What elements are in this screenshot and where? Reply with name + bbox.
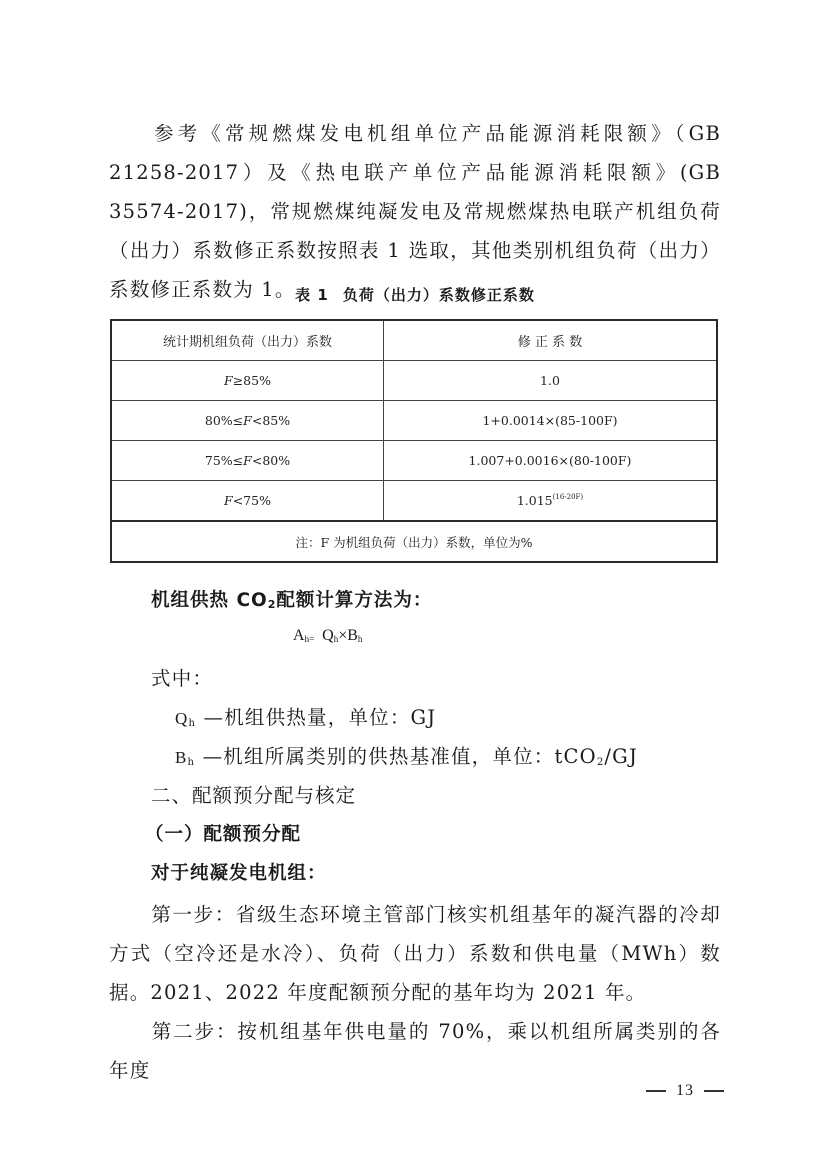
coefficient-value: 1+0.0014×(85-100F) bbox=[482, 413, 617, 428]
coefficient-value: 1.015 bbox=[517, 493, 553, 508]
condition-suffix: <85% bbox=[252, 413, 290, 428]
table-cell-condition: F<75% bbox=[111, 481, 384, 522]
condition-prefix: 80%≤ bbox=[205, 413, 243, 428]
definition-text: —机组供热量，单位：GJ bbox=[196, 706, 436, 729]
title-part: 机组供热 CO bbox=[151, 590, 268, 611]
table-note: 注：F 为机组负荷（出力）系数，单位为% bbox=[111, 521, 717, 562]
definition-text: —机组所属类别的供热基准值，单位：tCO bbox=[195, 745, 597, 768]
table-cell-condition: 80%≤F<85% bbox=[111, 401, 384, 441]
step-1-paragraph: 第一步：省级生态环境主管部门核实机组基年的凝汽器的冷却方式（空冷还是水冷）、负荷… bbox=[109, 895, 721, 1012]
coefficient-value: 1.007+0.0016×(80-100F) bbox=[469, 453, 632, 468]
step-1-text: 第一步：省级生态环境主管部门核实机组基年的凝汽器的冷却方式（空冷还是水冷）、负荷… bbox=[109, 903, 721, 1004]
table-row: 75%≤F<80% 1.007+0.0016×(80-100F) bbox=[111, 441, 717, 481]
section-heading: 二、配额预分配与核定 bbox=[151, 780, 356, 808]
definition-qh: Qh —机组供热量，单位：GJ bbox=[175, 702, 436, 730]
coefficient-value: 1.0 bbox=[540, 373, 560, 388]
dash-right bbox=[704, 1090, 724, 1092]
condition-suffix: <80% bbox=[252, 453, 290, 468]
condition-var: F bbox=[224, 493, 233, 508]
title-part: 配额计算方法为： bbox=[276, 590, 432, 611]
allocation-formula: Ah= Qh×Bh bbox=[293, 627, 362, 645]
formula-section-title: 机组供热 CO2配额计算方法为： bbox=[151, 586, 432, 612]
table-row: 80%≤F<85% 1+0.0014×(85-100F) bbox=[111, 401, 717, 441]
unit-text: /GJ bbox=[604, 745, 638, 768]
table-header-load-factor: 统计期机组负荷（出力）系数 bbox=[111, 320, 384, 361]
formula-symbol: A bbox=[293, 627, 305, 644]
table-caption: 表 1负荷（出力）系数修正系数 bbox=[109, 284, 721, 305]
table-cell-coefficient: 1.0 bbox=[384, 361, 718, 401]
condition-suffix: ≥85% bbox=[233, 373, 271, 388]
step-2-text: 第二步：按机组基年供电量的 70%，乘以机组所属类别的各年度 bbox=[109, 1020, 721, 1082]
table-header-correction: 修 正 系 数 bbox=[384, 320, 718, 361]
condition-suffix: <75% bbox=[233, 493, 271, 508]
condition-var: F bbox=[243, 453, 252, 468]
where-label: 式中： bbox=[151, 663, 213, 691]
document-page: 参考《常规燃煤发电机组单位产品能源消耗限额》（GB 21258-2017）及《热… bbox=[0, 0, 826, 1169]
step-2-paragraph: 第二步：按机组基年供电量的 70%，乘以机组所属类别的各年度 bbox=[109, 1012, 721, 1090]
dash-left bbox=[646, 1090, 666, 1092]
table-caption-title: 负荷（出力）系数修正系数 bbox=[343, 286, 535, 304]
table-caption-number: 表 1 bbox=[295, 286, 329, 304]
sub-subsection-heading: 对于纯凝发电机组： bbox=[151, 859, 327, 885]
definition-bh: Bh —机组所属类别的供热基准值，单位：tCO2/GJ bbox=[175, 741, 638, 769]
table-row: F≥85% 1.0 bbox=[111, 361, 717, 401]
table-row: F<75% 1.015(16-20F) bbox=[111, 481, 717, 522]
formula-subscript: h bbox=[358, 634, 363, 644]
table-header-row: 统计期机组负荷（出力）系数 修 正 系 数 bbox=[111, 320, 717, 361]
page-number: 13 bbox=[636, 1082, 734, 1100]
condition-prefix: 75%≤ bbox=[205, 453, 243, 468]
definition-subscript: h bbox=[188, 718, 196, 729]
page-number-value: 13 bbox=[676, 1082, 694, 1099]
definition-symbol: B bbox=[175, 748, 188, 767]
condition-var: F bbox=[243, 413, 252, 428]
coefficient-exponent: (16-20F) bbox=[553, 493, 584, 501]
table-cell-coefficient: 1+0.0014×(85-100F) bbox=[384, 401, 718, 441]
condition-var: F bbox=[224, 373, 233, 388]
intro-paragraph-text: 参考《常规燃煤发电机组单位产品能源消耗限额》（GB 21258-2017）及《热… bbox=[109, 122, 721, 301]
formula-symbol: B bbox=[347, 627, 358, 644]
load-coefficient-table: 统计期机组负荷（出力）系数 修 正 系 数 F≥85% 1.0 80%≤F<85… bbox=[110, 319, 718, 563]
formula-symbol: Q bbox=[322, 627, 334, 644]
intro-paragraph: 参考《常规燃煤发电机组单位产品能源消耗限额》（GB 21258-2017）及《热… bbox=[109, 114, 721, 309]
table-cell-condition: F≥85% bbox=[111, 361, 384, 401]
times-sign: × bbox=[338, 627, 347, 644]
definition-symbol: Q bbox=[175, 709, 188, 728]
table-cell-condition: 75%≤F<80% bbox=[111, 441, 384, 481]
table-cell-coefficient: 1.015(16-20F) bbox=[384, 481, 718, 522]
formula-subscript: h= bbox=[305, 634, 315, 644]
table-note-row: 注：F 为机组负荷（出力）系数，单位为% bbox=[111, 521, 717, 562]
table-cell-coefficient: 1.007+0.0016×(80-100F) bbox=[384, 441, 718, 481]
subsection-heading: （一）配额预分配 bbox=[145, 820, 301, 846]
